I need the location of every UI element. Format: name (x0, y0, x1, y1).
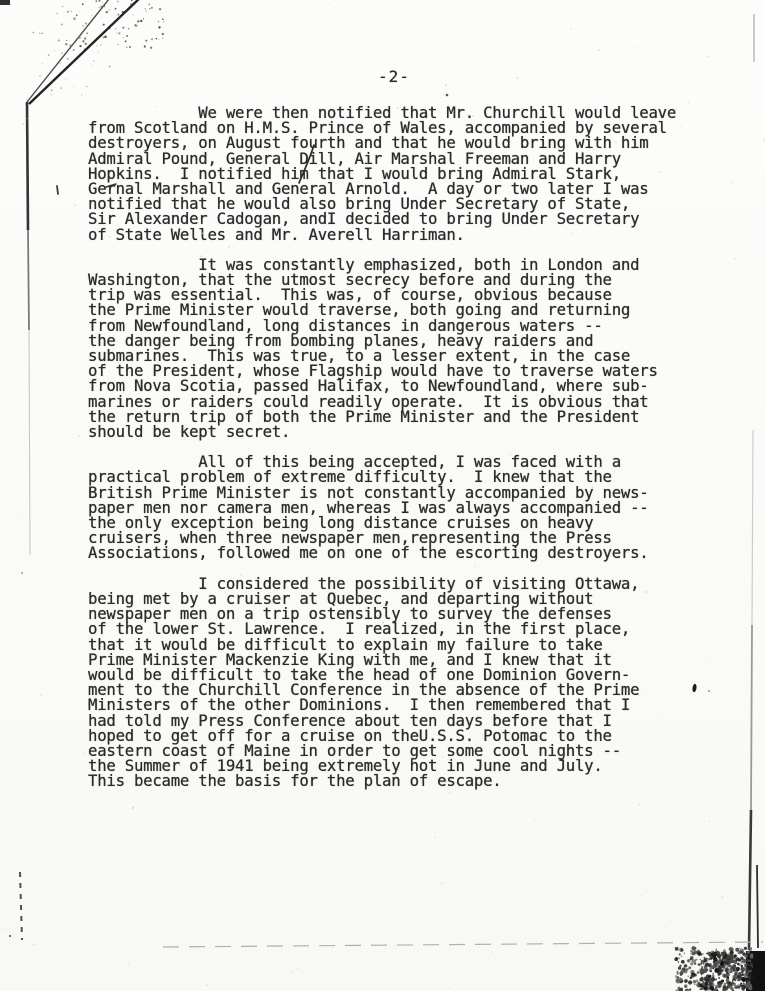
bottom-scan-line (163, 942, 763, 947)
paragraph: All of this being accepted, I was faced … (88, 455, 748, 561)
paragraph: I considered the possibility of visiting… (88, 577, 748, 790)
left-edge-line (29, 330, 30, 555)
ink-speck (129, 46, 131, 48)
bottom-right-black-patch (746, 951, 765, 991)
left-edge-line-bottom (20, 872, 22, 940)
ink-speck (9, 935, 11, 937)
paragraph: It was constantly emphasized, both in Lo… (88, 258, 748, 440)
corner-shadow-mark (0, 0, 10, 5)
document-body: We were then notified that Mr. Churchill… (88, 106, 748, 805)
page-number: -2- (88, 67, 700, 86)
ink-speck (21, 572, 23, 574)
fold-crease-line (27, 0, 113, 102)
right-edge-line (751, 625, 752, 810)
right-edge-line (749, 810, 751, 950)
right-edge-inner-line (757, 865, 758, 948)
margin-tick-mark (57, 186, 58, 194)
left-edge-line (28, 230, 29, 330)
paragraph: We were then notified that Mr. Churchill… (88, 106, 748, 243)
scanned-document-page: -2- We were then notified that Mr. Churc… (0, 0, 765, 991)
left-edge-line (27, 102, 28, 230)
fold-crease-line (29, 0, 142, 104)
bottom-right-speckle-blotch (674, 946, 753, 991)
right-edge-line (752, 430, 753, 625)
ink-speck (446, 94, 449, 97)
